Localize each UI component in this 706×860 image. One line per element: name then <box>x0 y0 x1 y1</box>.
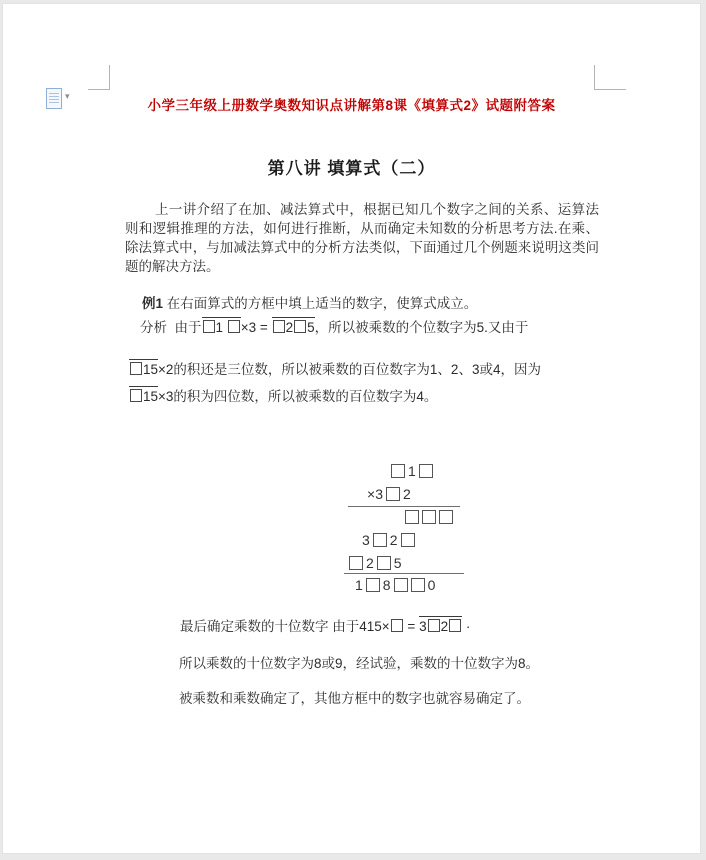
mult-row-partial-2: 32 <box>362 532 415 548</box>
text-boundary-mark-left <box>88 65 110 90</box>
blank-box <box>366 578 380 592</box>
blank-box <box>439 510 453 524</box>
blank-box <box>373 533 387 547</box>
conclusion-line-1: 最后确定乘数的十位数字 由于415× = 32 · <box>180 615 470 635</box>
text-boundary-mark-right <box>594 65 626 90</box>
mult-row-product: 180 <box>355 577 435 593</box>
intro-paragraph: 上一讲介绍了在加、减法算式中，根据已知几个数字之间的关系、运算法则和逻辑推理的方… <box>125 200 599 276</box>
blank-box <box>394 578 408 592</box>
overlined-number: 32 <box>419 616 462 634</box>
blank-box <box>130 362 142 375</box>
blank-box <box>130 389 142 402</box>
analysis-line: 分析 由于1 ×3 = 25，所以被乘数的个位数字为5.又由于 <box>140 316 528 336</box>
mult-row-multiplier: ×32 <box>367 486 411 502</box>
blank-box <box>203 320 215 333</box>
blank-box <box>449 619 461 632</box>
mult-row-partial-3: 25 <box>349 555 402 571</box>
overlined-number: 1 <box>202 317 241 335</box>
lesson-heading: 第八讲 填算式（二） <box>3 154 700 179</box>
reason-line-1: 15×2的积还是三位数，所以被乘数的百位数字为1、2、3或4，因为 <box>129 358 541 378</box>
mult-rule-top <box>348 506 460 507</box>
blank-box <box>294 320 306 333</box>
document-page: ▾ 小学三年级上册数学奥数知识点讲解第8课《填算式2》试题附答案 第八讲 填算式… <box>2 3 701 854</box>
blank-box <box>349 556 363 570</box>
reason-line-2: 15×3的积为四位数，所以被乘数的百位数字为4。 <box>129 385 437 405</box>
blank-box <box>391 619 403 632</box>
blank-box <box>419 464 433 478</box>
blank-box <box>273 320 285 333</box>
conclusion-line-3: 被乘数和乘数确定了，其他方框中的数字也就容易确定了。 <box>179 687 530 707</box>
overlined-number: 25 <box>272 317 315 335</box>
conclusion-line-2: 所以乘数的十位数字为8或9，经试验，乘数的十位数字为8。 <box>179 652 539 672</box>
mult-rule-bottom <box>344 573 464 574</box>
document-title: 小学三年级上册数学奥数知识点讲解第8课《填算式2》试题附答案 <box>3 94 700 114</box>
example1-text: 在右面算式的方框中填上适当的数字，使算式成立。 <box>163 296 477 311</box>
blank-box <box>422 510 436 524</box>
blank-box <box>401 533 415 547</box>
blank-box <box>391 464 405 478</box>
blank-box <box>411 578 425 592</box>
blank-box <box>405 510 419 524</box>
mult-row-multiplicand: 1 <box>391 463 433 479</box>
blank-box <box>428 619 440 632</box>
blank-box <box>386 487 400 501</box>
blank-box <box>377 556 391 570</box>
blank-box <box>228 320 240 333</box>
overlined-number: 15 <box>129 386 158 404</box>
example1-label: 例1 <box>142 296 163 311</box>
mult-row-partial-1 <box>405 510 453 524</box>
overlined-number: 15 <box>129 359 158 377</box>
